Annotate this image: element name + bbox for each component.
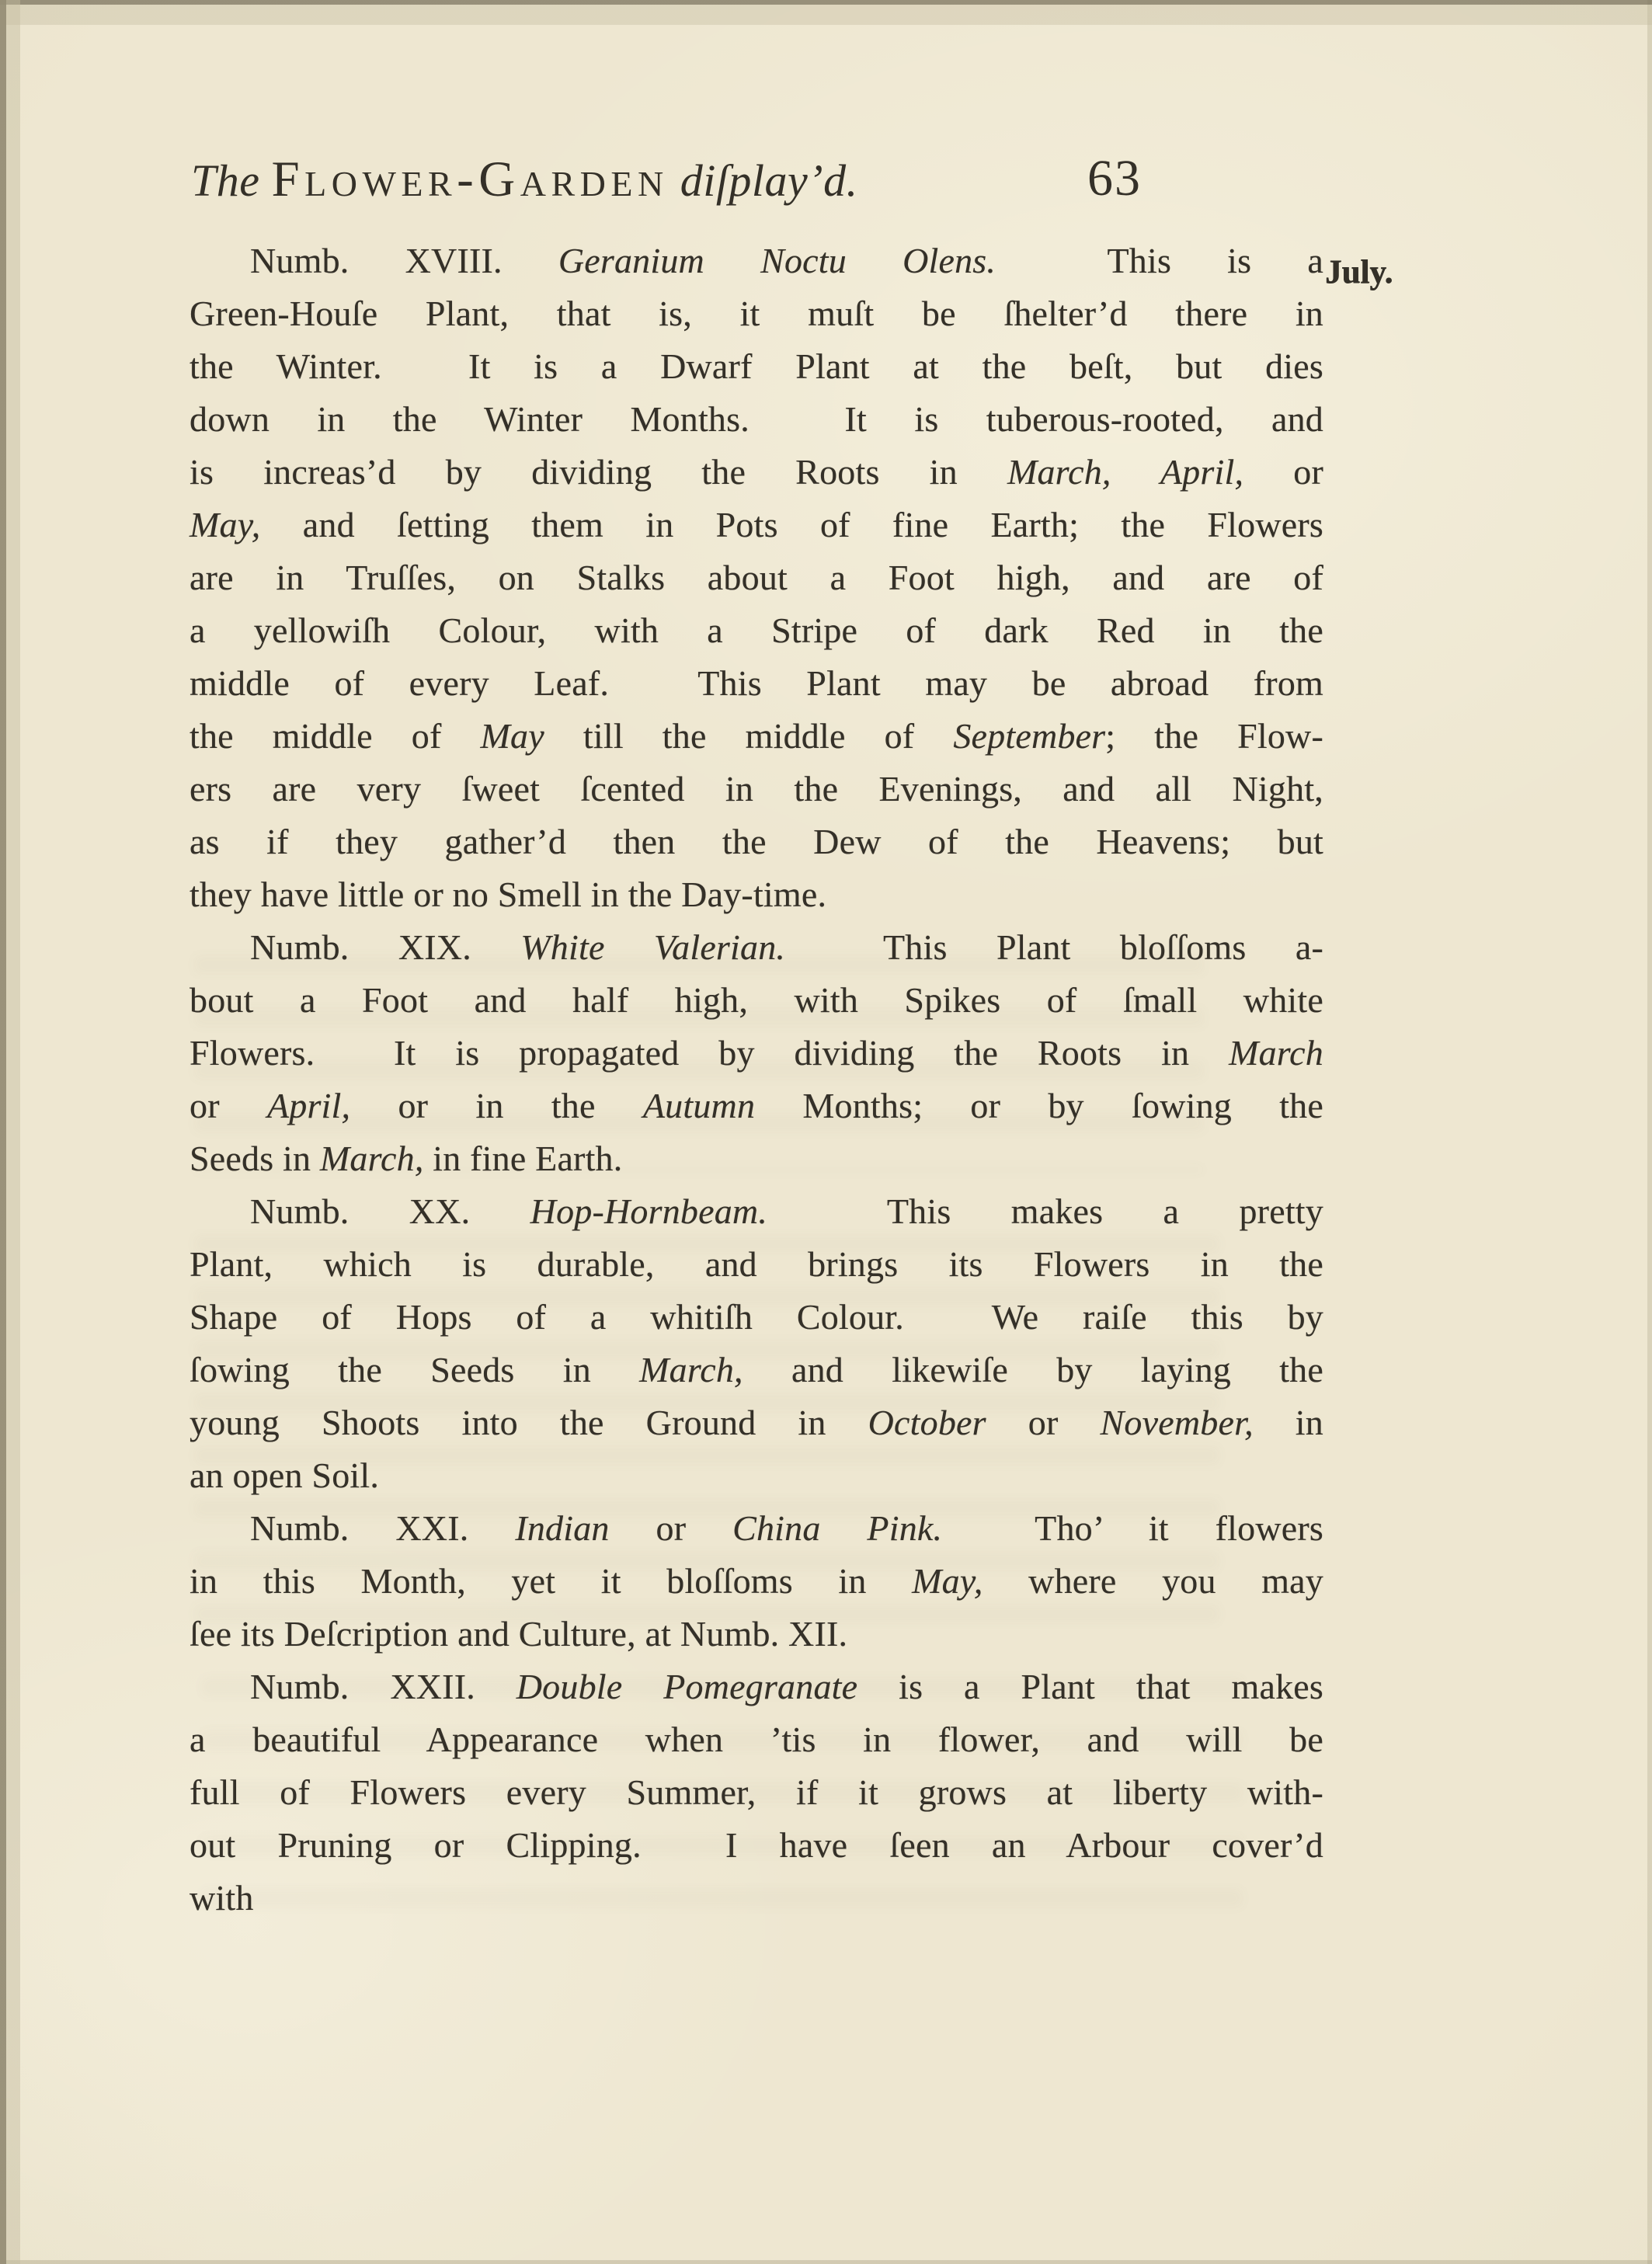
text-segment: ſee its Deſcription and Culture, at Numb… (190, 1614, 847, 1654)
text-segment: ers are very ſweet ſcented in the Evenin… (190, 769, 1323, 809)
text-segment: or (986, 1403, 1101, 1442)
text-segment: they have little or no Smell in the Day-… (190, 875, 826, 914)
text-line: Numb. XIX. White Valerian. This Plant bl… (190, 921, 1323, 974)
book-page: The Flower-Garden diſplay’d. 63 July. Nu… (0, 0, 1652, 2264)
text-segment: diſplay’d. (669, 155, 858, 206)
text-segment: is increas’d by dividing the Roots in (190, 452, 1007, 492)
text-segment: Numb. XVIII. (250, 241, 558, 280)
text-segment: is a Plant that makes (857, 1667, 1323, 1706)
body-paragraph: Numb. XVIII. Geranium Noctu Olens. This … (190, 235, 1323, 921)
text-segment: out Pruning or Clipping. I have ſeen an … (190, 1825, 1323, 1865)
text-line: an open Soil. (190, 1449, 1323, 1502)
text-segment: May, (190, 505, 261, 544)
text-segment: Green-Houſe Plant, that is, it muſt be ſ… (190, 294, 1323, 333)
text-segment: a yellowiſh Colour, with a Stripe of dar… (190, 610, 1323, 650)
text-segment: or in the (350, 1086, 643, 1125)
text-segment: full of Flowers every Summer, if it grow… (190, 1772, 1323, 1812)
text-segment: Numb. XIX. (250, 927, 520, 967)
text-line: ſowing the Seeds in March, and likewiſe … (190, 1344, 1323, 1396)
text-segment: November, (1101, 1403, 1254, 1442)
text-segment: May (481, 716, 544, 756)
text-segment: Indian (515, 1508, 609, 1548)
text-line: Numb. XXII. Double Pomegranate is a Plan… (190, 1661, 1323, 1713)
text-segment: in (1254, 1403, 1323, 1442)
text-segment: till the middle of (544, 716, 953, 756)
text-segment: or (1243, 452, 1323, 492)
text-segment: Numb. XXI. (250, 1508, 515, 1548)
text-line: they have little or no Smell in the Day-… (190, 868, 1323, 921)
text-segment: as if they gather’d then the Dew of the … (190, 822, 1323, 861)
text-segment: in this Month, yet it bloſſoms in (190, 1561, 912, 1601)
text-segment: ; the Flow- (1105, 716, 1323, 756)
body-paragraph: Numb. XX. Hop-Hornbeam. This makes a pre… (190, 1185, 1323, 1502)
text-segment: the Winter. It is a Dwarf Plant at the b… (190, 346, 1323, 386)
text-line: Shape of Hops of a whitiſh Colour. We ra… (190, 1291, 1323, 1344)
text-segment: Double Pomegranate (516, 1667, 858, 1706)
text-segment: down in the Winter Months. It is tuberou… (190, 399, 1323, 439)
text-line: as if they gather’d then the Dew of the … (190, 816, 1323, 868)
text-line: down in the Winter Months. It is tuberou… (190, 393, 1323, 446)
text-segment: Shape of Hops of a whitiſh Colour. We ra… (190, 1297, 1323, 1337)
text-line: the Winter. It is a Dwarf Plant at the b… (190, 340, 1323, 393)
text-segment: in fine Earth. (424, 1139, 623, 1178)
text-segment: middle of every Leaf. This Plant may be … (190, 663, 1323, 703)
text-line: or April, or in the Autumn Months; or by… (190, 1080, 1323, 1132)
body-paragraph: Numb. XXII. Double Pomegranate is a Plan… (190, 1661, 1323, 1872)
text-segment: bout a Foot and half high, with Spikes o… (190, 980, 1323, 1020)
text-line: Flowers. It is propagated by dividing th… (190, 1027, 1323, 1080)
text-segment: or (610, 1508, 732, 1548)
text-segment: the middle of (190, 716, 481, 756)
text-line: Numb. XX. Hop-Hornbeam. This makes a pre… (190, 1185, 1323, 1238)
text-segment: China Pink. (732, 1508, 942, 1548)
text-line: Numb. XXI. Indian or China Pink. Tho’ it… (190, 1502, 1323, 1555)
page-number: 63 (1087, 149, 1142, 208)
text-segment: ſowing the Seeds in (190, 1350, 639, 1389)
text-segment: Numb. XX. (250, 1191, 530, 1231)
text-segment: Months; or by ſowing the (755, 1086, 1323, 1125)
text-line: are in Truſſes, on Stalks about a Foot h… (190, 551, 1323, 604)
text-segment: The (191, 155, 272, 206)
text-line: Green-Houſe Plant, that is, it muſt be ſ… (190, 287, 1323, 340)
text-segment: March, (320, 1139, 424, 1178)
text-segment: May, (912, 1561, 983, 1601)
text-segment: March (1229, 1033, 1323, 1073)
text-segment: and likewiſe by laying the (743, 1350, 1323, 1389)
text-segment: This Plant bloſſoms a- (785, 927, 1323, 967)
text-line: a beautiful Appearance when ’tis in flow… (190, 1713, 1323, 1766)
margin-note-month: July. (1325, 253, 1393, 291)
text-segment: and ſetting them in Pots of fine Earth; … (261, 505, 1324, 544)
text-segment: White Valerian. (520, 927, 785, 967)
text-line: middle of every Leaf. This Plant may be … (190, 657, 1323, 710)
text-line: bout a Foot and half high, with Spikes o… (190, 974, 1323, 1027)
text-line: full of Flowers every Summer, if it grow… (190, 1766, 1323, 1819)
text-line: out Pruning or Clipping. I have ſeen an … (190, 1819, 1323, 1872)
text-segment: April, (267, 1086, 350, 1125)
text-segment: Autumn (643, 1086, 755, 1125)
text-segment: Geranium Noctu Olens. (558, 241, 996, 280)
text-line: a yellowiſh Colour, with a Stripe of dar… (190, 604, 1323, 657)
text-line: Seeds in March, in fine Earth. (190, 1132, 1323, 1185)
text-segment: where you may (983, 1561, 1323, 1601)
text-line: ers are very ſweet ſcented in the Evenin… (190, 763, 1323, 816)
text-segment: Tho’ it flowers (942, 1508, 1323, 1548)
text-block: Numb. XVIII. Geranium Noctu Olens. This … (190, 235, 1323, 1925)
text-segment: or (190, 1086, 267, 1125)
text-segment: Plant, which is durable, and brings its … (190, 1244, 1323, 1284)
text-segment: a beautiful Appearance when ’tis in flow… (190, 1720, 1323, 1759)
text-line: May, and ſetting them in Pots of fine Ea… (190, 499, 1323, 551)
page-title: The Flower-Garden diſplay’d. (191, 144, 858, 216)
text-segment: Flower-Garden (272, 151, 669, 207)
text-segment: October (868, 1403, 986, 1442)
text-segment: Flowers. It is propagated by dividing th… (190, 1033, 1229, 1073)
catchword: with (190, 1872, 1323, 1925)
text-segment: an open Soil. (190, 1455, 379, 1495)
text-segment: Numb. XXII. (250, 1667, 516, 1706)
body-paragraph: Numb. XXI. Indian or China Pink. Tho’ it… (190, 1502, 1323, 1661)
text-segment: are in Truſſes, on Stalks about a Foot h… (190, 558, 1323, 597)
text-line: Plant, which is durable, and brings its … (190, 1238, 1323, 1291)
text-segment: young Shoots into the Ground in (190, 1403, 868, 1442)
text-segment: Seeds in (190, 1139, 320, 1178)
text-line: Numb. XVIII. Geranium Noctu Olens. This … (190, 235, 1323, 287)
body-paragraph: Numb. XIX. White Valerian. This Plant bl… (190, 921, 1323, 1185)
text-segment: March, (639, 1350, 743, 1389)
text-segment: September (953, 716, 1105, 756)
text-line: ſee its Deſcription and Culture, at Numb… (190, 1608, 1323, 1661)
text-line: young Shoots into the Ground in October … (190, 1396, 1323, 1449)
text-line: in this Month, yet it bloſſoms in May, w… (190, 1555, 1323, 1608)
text-line: the middle of May till the middle of Sep… (190, 710, 1323, 763)
text-segment: This makes a pretty (767, 1191, 1323, 1231)
text-segment: This is a (996, 241, 1323, 280)
text-segment: March, April, (1007, 452, 1243, 492)
text-segment: Hop-Hornbeam. (530, 1191, 767, 1231)
text-line: is increas’d by dividing the Roots in Ma… (190, 446, 1323, 499)
